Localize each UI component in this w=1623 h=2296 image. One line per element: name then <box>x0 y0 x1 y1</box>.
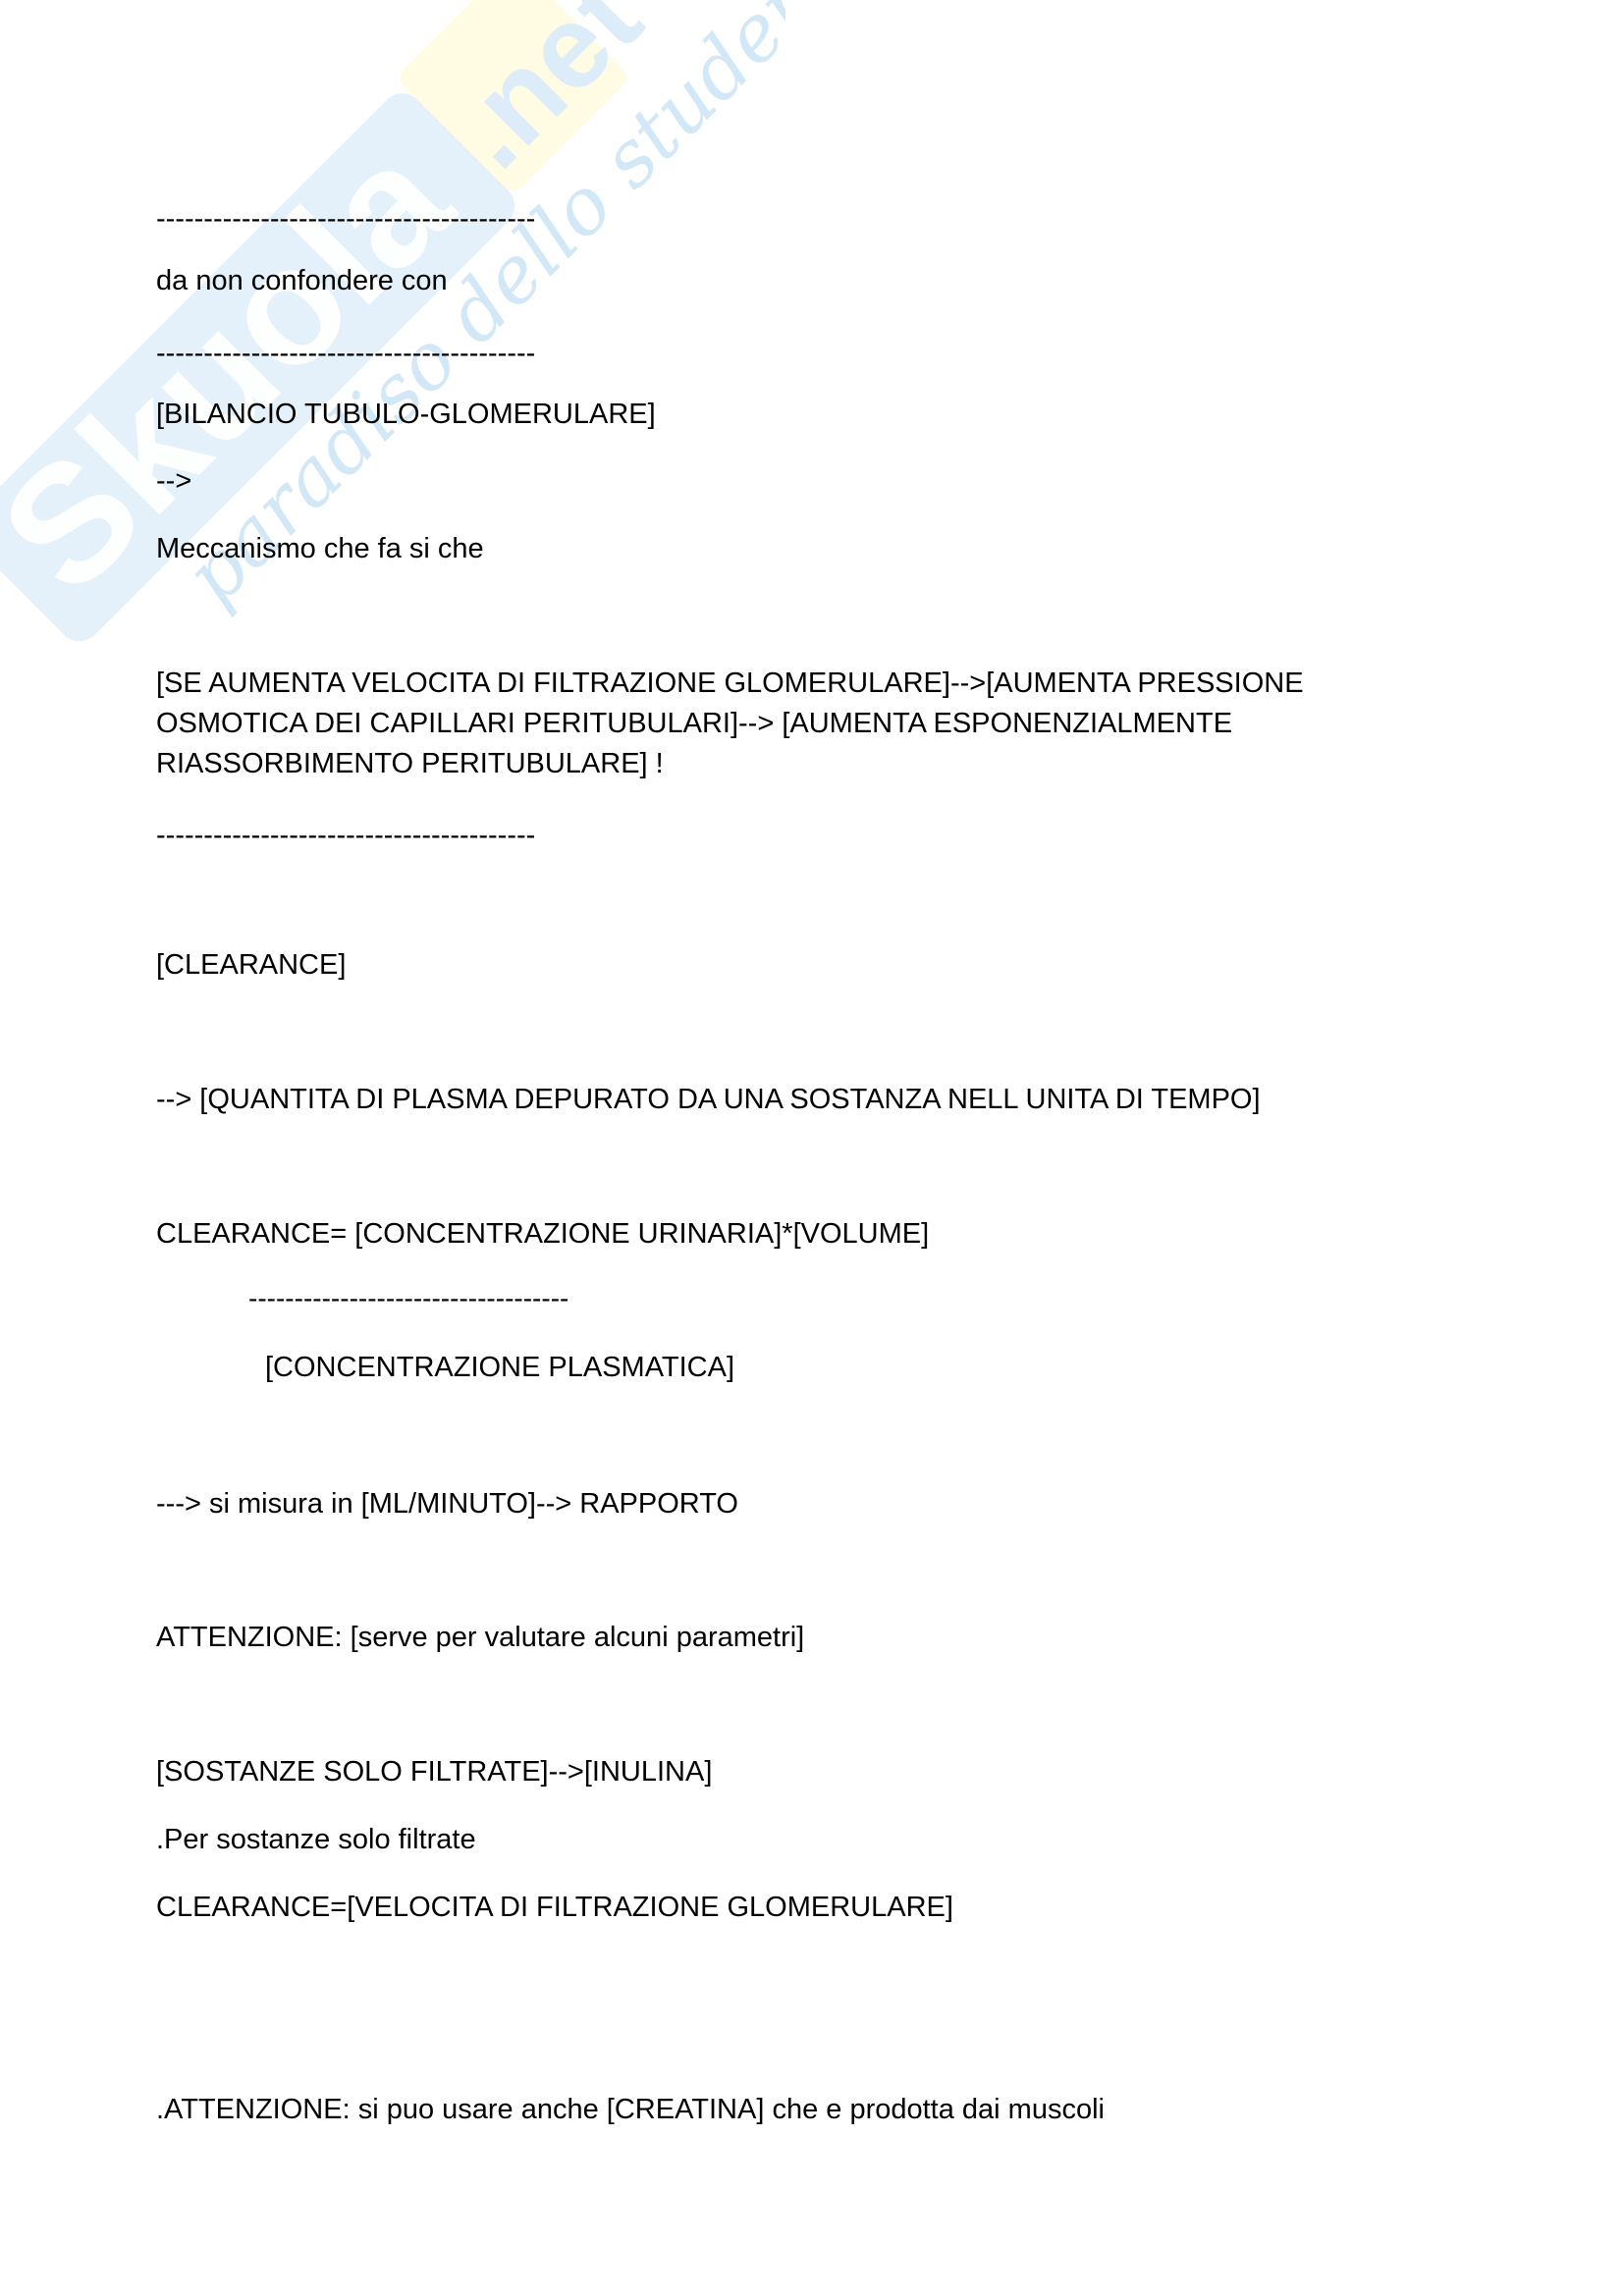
unit-text: ---> si misura in [ML/MINUTO]--> RAPPORT… <box>156 1484 738 1524</box>
document-page: Skuola .net paradiso dello studente ----… <box>0 0 1623 2296</box>
formula-numerator: CLEARANCE= [CONCENTRAZIONE URINARIA]*[VO… <box>156 1214 929 1255</box>
mechanism-text: Meccanismo che fa si che <box>156 529 484 569</box>
attention-note: ATTENZIONE: [serve per valutare alcuni p… <box>156 1618 804 1658</box>
section-heading-bilancio: [BILANCIO TUBULO-GLOMERULARE] <box>156 395 656 435</box>
clearance-gfr-formula: CLEARANCE=[VELOCITA DI FILTRAZIONE GLOME… <box>156 1888 953 1928</box>
effect-line: [SE AUMENTA VELOCITA DI FILTRAZIONE GLOM… <box>156 664 1433 704</box>
arrow-text: --> <box>156 461 191 502</box>
separator-line: ---------------------------------------- <box>156 199 535 240</box>
intro-text: da non confondere con <box>156 261 448 301</box>
separator-line: ---------------------------------------- <box>156 334 535 374</box>
effect-line: OSMOTICA DEI CAPILLARI PERITUBULARI]--> … <box>156 704 1433 744</box>
formula-fraction-bar: ----------------------------------- <box>248 1278 568 1318</box>
filtered-note: .Per sostanze solo filtrate <box>156 1820 476 1860</box>
separator-line: ---------------------------------------- <box>156 816 535 856</box>
section-heading-clearance: [CLEARANCE] <box>156 945 346 986</box>
formula-denominator: [CONCENTRAZIONE PLASMATICA] <box>265 1348 734 1388</box>
effect-paragraph: [SE AUMENTA VELOCITA DI FILTRAZIONE GLOM… <box>156 664 1433 784</box>
watermark-net-text: .net <box>424 0 666 192</box>
clearance-definition: --> [QUANTITA DI PLASMA DEPURATO DA UNA … <box>156 1080 1261 1120</box>
filtered-substances: [SOSTANZE SOLO FILTRATE]-->[INULINA] <box>156 1752 712 1792</box>
effect-line: RIASSORBIMENTO PERITUBULARE] ! <box>156 744 1433 784</box>
attention-creatina-note: .ATTENZIONE: si puo usare anche [CREATIN… <box>156 2090 1105 2130</box>
